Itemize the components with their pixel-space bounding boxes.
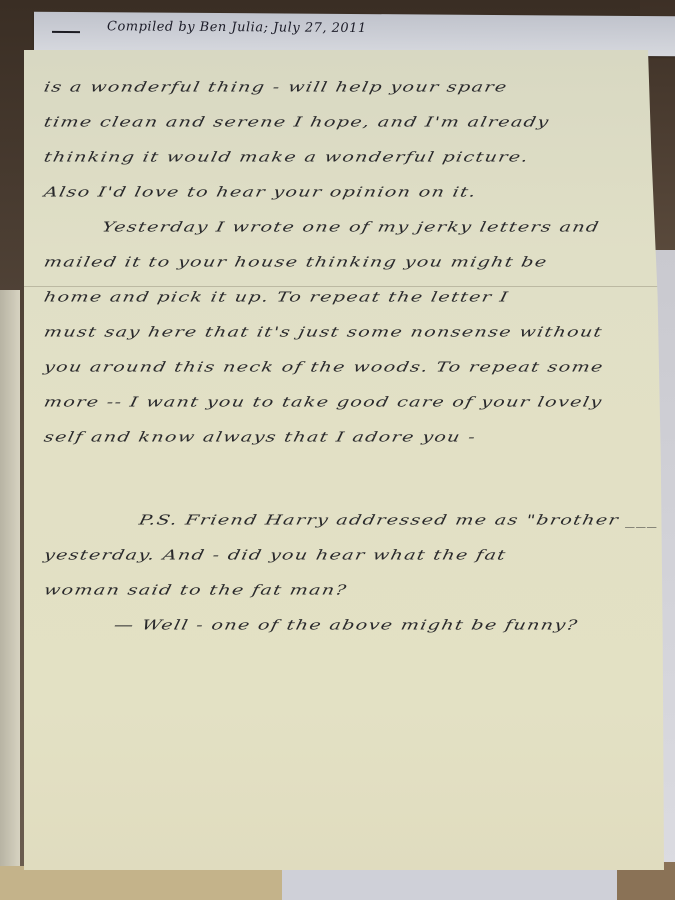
letter-line: self and know always that I adore you - [42,425,647,450]
photo-scene: Compiled by Ben Julia; July 27, 2011 is … [0,0,675,900]
postscript-line: yesterday. And - did you hear what the f… [42,543,647,568]
letter-line: thinking it would make a wonderful pictu… [42,145,647,170]
caption-text: Compiled by Ben Julia; July 27, 2011 [107,19,367,36]
letter-line: Yesterday I wrote one of my jerky letter… [42,215,647,240]
letter-line: time clean and serene I hope, and I'm al… [42,110,647,135]
spacer [44,455,644,503]
postscript-line: P.S. Friend Harry addressed me as "broth… [42,508,647,533]
letter-line: must say here that it's just some nonsen… [42,320,647,345]
underlying-white-paper [282,866,617,900]
dash-mark [52,31,80,33]
letter-line: mailed it to your house thinking you mig… [42,250,647,275]
underlying-sheet-left [0,290,20,890]
handwritten-letter: is a wonderful thing - will help your sp… [24,50,664,870]
caption-label: Compiled by Ben Julia; July 27, 2011 [34,12,675,56]
letter-text: is a wonderful thing - will help your sp… [44,70,644,643]
letter-line: home and pick it up. To repeat the lette… [42,285,647,310]
letter-line: you around this neck of the woods. To re… [42,355,647,380]
postscript-line: woman said to the fat man? [42,578,647,603]
postscript-line: — Well - one of the above might be funny… [42,613,647,638]
letter-line: more -- I want you to take good care of … [42,390,647,415]
underlying-tan-paper [0,866,282,900]
letter-line: Also I'd love to hear your opinion on it… [42,180,647,205]
letter-line: is a wonderful thing - will help your sp… [42,75,647,100]
